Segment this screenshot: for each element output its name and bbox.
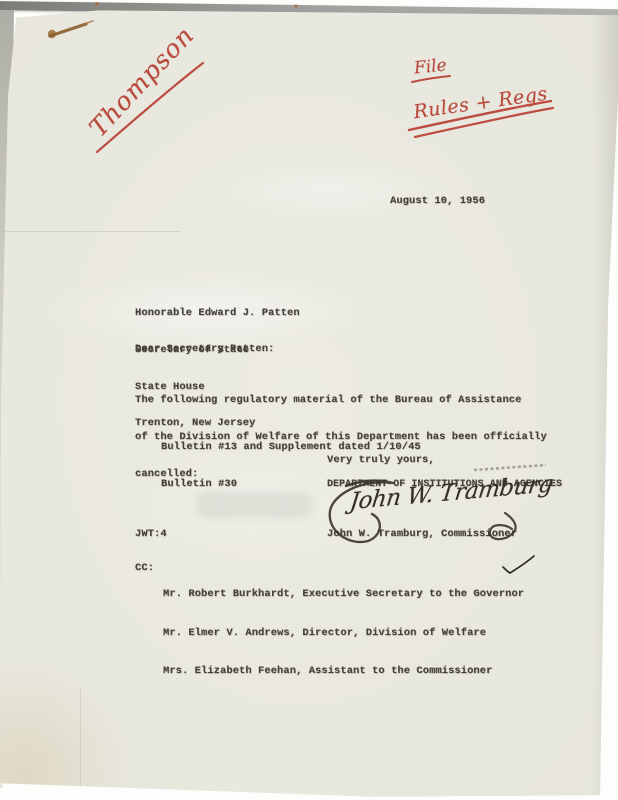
cc-label: CC: bbox=[135, 562, 154, 574]
horizontal-crease bbox=[0, 231, 180, 232]
handwritten-name-note: Thompson bbox=[83, 21, 199, 143]
cc-item: Mr. Robert Burkhardt, Executive Secretar… bbox=[163, 588, 524, 601]
salutation: Dear Secretary Patten: bbox=[135, 343, 274, 355]
recipient-line: Honorable Edward J. Patten bbox=[135, 307, 300, 319]
handwritten-rules-note: Rules + Regs bbox=[412, 83, 549, 124]
cc-item: Mrs. Elizabeth Feehan, Assistant to the … bbox=[163, 665, 524, 678]
cc-item: Mr. Elmer V. Andrews, Director, Division… bbox=[163, 627, 524, 640]
letter-paper: Thompson File Rules + Regs August 10, 19… bbox=[0, 0, 618, 800]
closing: Very truly yours, bbox=[327, 454, 435, 466]
bulletin-item: Bulletin #13 and Supplement dated 1/10/4… bbox=[161, 441, 421, 453]
cc-list: Mr. Robert Burkhardt, Executive Secretar… bbox=[163, 562, 524, 704]
handwritten-file-note: File bbox=[413, 55, 448, 78]
scanned-letter-page: Thompson File Rules + Regs August 10, 19… bbox=[0, 0, 618, 800]
body-line: The following regulatory material of the… bbox=[135, 394, 547, 406]
typist-reference: JWT:4 bbox=[135, 528, 167, 540]
vertical-crease bbox=[80, 688, 81, 788]
letter-date: August 10, 1956 bbox=[390, 195, 485, 207]
signed-by-line: John W. Tramburg, Commissioner bbox=[327, 528, 517, 540]
paper-right-edge-shadow bbox=[592, 0, 618, 800]
